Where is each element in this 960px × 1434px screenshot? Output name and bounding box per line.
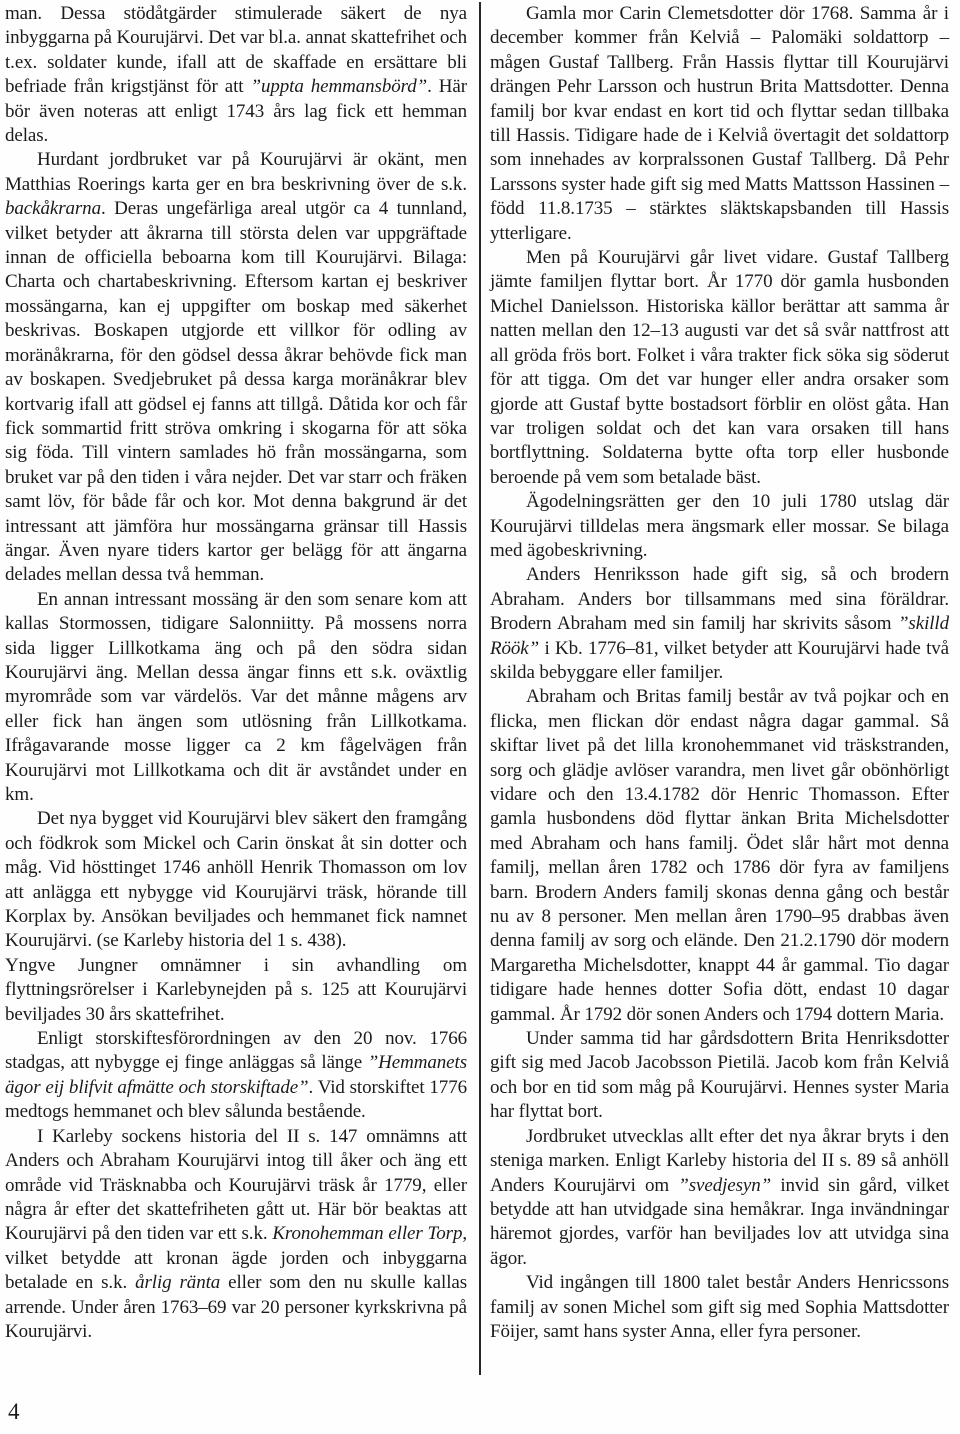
paragraph: En annan intressant mossäng är den som s… xyxy=(5,588,467,808)
paragraph: Enligt storskiftesförordningen av den 20… xyxy=(5,1027,467,1125)
paragraph: Gamla mor Carin Clemetsdotter dör 1768. … xyxy=(490,2,949,246)
text-run: Yngve Jungner omnämner i sin avhandling … xyxy=(5,955,467,1025)
text-run: Abraham och Britas familj består av två … xyxy=(490,686,949,1024)
paragraph: man. Dessa stödåtgärder stimulerade säke… xyxy=(5,2,467,148)
text-column-left: man. Dessa stödåtgärder stimulerade säke… xyxy=(5,2,467,1344)
page-number: 4 xyxy=(8,1398,20,1426)
text-run-italic: Kronohemman eller Torp xyxy=(272,1223,462,1244)
text-run-italic: backåkrarna xyxy=(5,198,101,219)
text-column-right: Gamla mor Carin Clemetsdotter dör 1768. … xyxy=(490,2,949,1344)
text-run-italic: årlig ränta xyxy=(135,1272,220,1293)
text-run-italic: ”svedjesyn” xyxy=(678,1175,771,1196)
text-run: Det nya bygget vid Kourujärvi blev säker… xyxy=(5,808,467,951)
text-run: Hurdant jordbruket var på Kourujärvi är … xyxy=(5,149,467,194)
paragraph: Jordbruket utvecklas allt efter det nya … xyxy=(490,1125,949,1271)
paragraph: Anders Henriksson hade gift sig, så och … xyxy=(490,563,949,685)
paragraph: Abraham och Britas familj består av två … xyxy=(490,685,949,1027)
text-run: i Kb. 1776–81, vilket betyder att Kouruj… xyxy=(490,638,949,683)
document-page: man. Dessa stödåtgärder stimulerade säke… xyxy=(0,0,960,1434)
text-run: Gamla mor Carin Clemetsdotter dör 1768. … xyxy=(490,3,949,244)
paragraph: Vid ingången till 1800 talet består Ande… xyxy=(490,1271,949,1344)
text-run: En annan intressant mossäng är den som s… xyxy=(5,589,467,805)
paragraph: Ägodelningsrätten ger den 10 juli 1780 u… xyxy=(490,490,949,563)
text-run: Anders Henriksson hade gift sig, så och … xyxy=(490,564,949,634)
paragraph: Det nya bygget vid Kourujärvi blev säker… xyxy=(5,807,467,953)
paragraph: Men på Kourujärvi går livet vidare. Gust… xyxy=(490,246,949,490)
text-run: Under samma tid har gårdsdottern Brita H… xyxy=(490,1028,949,1122)
two-column-layout: man. Dessa stödåtgärder stimulerade säke… xyxy=(0,0,960,1375)
column-divider-line xyxy=(479,2,481,1375)
text-run: Vid ingången till 1800 talet består Ande… xyxy=(490,1272,949,1342)
text-run-italic: ”uppta hemmansbörd” xyxy=(250,76,427,97)
text-run: Ägodelningsrätten ger den 10 juli 1780 u… xyxy=(490,491,949,561)
paragraph: Under samma tid har gårdsdottern Brita H… xyxy=(490,1027,949,1125)
paragraph: I Karleby sockens historia del II s. 147… xyxy=(5,1125,467,1345)
text-run: . Deras ungefärliga areal utgör ca 4 tun… xyxy=(5,198,467,585)
paragraph: Yngve Jungner omnämner i sin avhandling … xyxy=(5,954,467,1027)
text-run: Men på Kourujärvi går livet vidare. Gust… xyxy=(490,247,949,488)
paragraph: Hurdant jordbruket var på Kourujärvi är … xyxy=(5,148,467,587)
